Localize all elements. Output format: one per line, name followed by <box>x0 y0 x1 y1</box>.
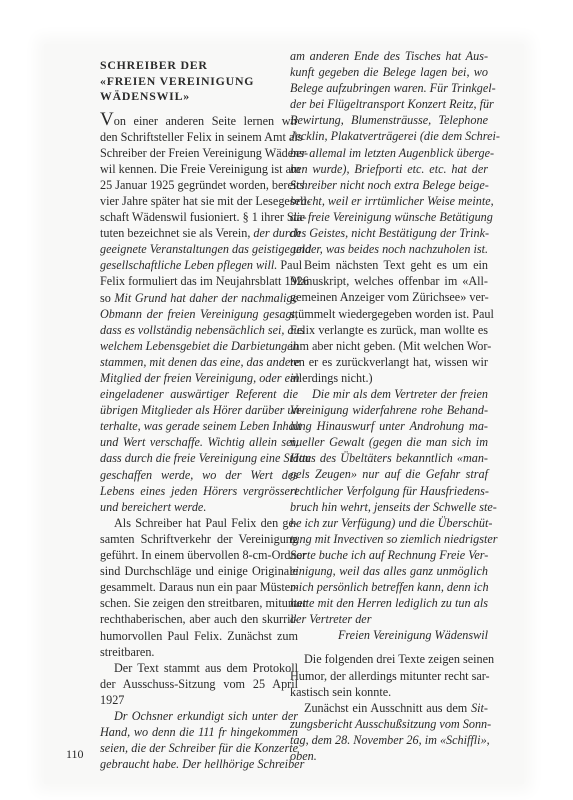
text-line: stammen, mit denen das eine, das andere <box>100 354 298 370</box>
line-text: wil kennen. Die Freie Vereinigung ist am <box>100 162 301 176</box>
text-line: lung Hinauswurf unter Androhung ma- <box>290 418 488 434</box>
text-line: seien, die der Schreiber für die Konzert… <box>100 740 298 756</box>
text-line: bracht, weil er irrtümlicher Weise meint… <box>290 193 488 209</box>
line-text-italic: geschaffen werde, wo der Wert des <box>100 468 298 482</box>
text-line: Lebens eines jeden Hörers vergrössert <box>100 483 298 499</box>
line-text: Humor, der allerdings mitunter recht sar… <box>290 669 490 683</box>
line-text-italic: geeignete Veranstaltungen das geistige u… <box>100 242 311 256</box>
text-line: Humor, der allerdings mitunter recht sar… <box>290 668 488 684</box>
text-line: schen. Sie zeigen den streitbaren, mitun… <box>100 595 298 611</box>
line-text-italic: Dr Ochsner erkundigt sich unter der <box>114 709 298 723</box>
line-text-italic: Obmann der freien Vereinigung gesagt, <box>100 307 298 321</box>
text-line: am anderen Ende des Tisches hat Aus- <box>290 48 488 64</box>
text-line: zungsbericht Ausschußsitzung vom Sonn- <box>290 716 488 732</box>
text-line: und bereichert werde. <box>100 499 298 515</box>
line-text-italic: Mitglied der freien Vereinigung, oder ei… <box>100 371 299 385</box>
text-line: bruch hin wehrt, jenseits der Schwelle s… <box>290 499 488 515</box>
line-text-italic: einigung, weil das alles ganz unmöglich <box>290 564 488 578</box>
text-line: eingeladener auswärtiger Referent die <box>100 386 298 402</box>
text-line: welchem Lebensgebiet die Darbietungen <box>100 338 298 354</box>
line-text-italic: hatte mit den Herren lediglich zu tun al… <box>290 596 488 610</box>
text-line: Mitglied der freien Vereinigung, oder ei… <box>100 370 298 386</box>
text-line: Haus des Übeltäters bekanntlich «man- <box>290 450 488 466</box>
line-text-italic: tag, dem 28. November 26, im «Schiffli», <box>290 733 490 747</box>
heading-line: WÄDENSWIL» <box>100 89 298 105</box>
left-column-body: Von einer anderen Seite lernen wirden Sc… <box>100 113 298 773</box>
line-text-italic: Haus des Übeltäters bekanntlich «man- <box>290 451 488 465</box>
line-text: Felix verlangte es zurück, man wollte es <box>290 323 488 337</box>
text-line: der Ausschuss-Sitzung vom 25 April <box>100 676 298 692</box>
line-text-italic: Lebens eines jeden Hörers vergrössert <box>100 484 298 498</box>
text-line: den Schriftsteller Felix in seinem Amt a… <box>100 129 298 145</box>
text-line: Die folgenden drei Texte zeigen seinen <box>290 651 488 667</box>
line-text: streitbaren. <box>100 645 154 659</box>
line-text: Felix formuliert das im Neujahrsblatt 19… <box>100 274 309 288</box>
line-text: allerdings nicht.) <box>290 371 373 385</box>
text-line: mich persönlich betreffen kann, denn ich <box>290 579 488 595</box>
heading-line: SCHREIBER DER <box>100 58 298 74</box>
line-text-italic: die freie Vereinigung wünsche Betätigung <box>290 210 493 224</box>
text-line: gemeinen Anzeiger vom Zürichsee» ver- <box>290 289 488 305</box>
text-line: streitbaren. <box>100 644 298 660</box>
text-line: des Geistes, nicht Bestätigung der Trink… <box>290 225 488 241</box>
line-text: humorvollen Paul Felix. Zunächst zum <box>100 629 298 643</box>
line-text: der Ausschuss-Sitzung vom 25 April <box>100 677 298 691</box>
right-column-body: am anderen Ende des Tisches hat Aus-kunf… <box>290 48 488 764</box>
line-text-italic: dass es vollständig nebensächlich sei, a… <box>100 323 304 337</box>
text-line: sind Durchschläge und einige Originale <box>100 563 298 579</box>
heading-line: «FREIEN VEREINIGUNG <box>100 74 298 90</box>
section-heading: SCHREIBER DER «FREIEN VEREINIGUNG WÄDENS… <box>100 58 298 105</box>
text-line: geführt. In einem übervollen 8-cm-Ordner <box>100 547 298 563</box>
text-line: tuten bezeichnet sie als Verein, der dur… <box>100 225 298 241</box>
text-line: gebraucht habe. Der hellhörige Schreiber <box>100 756 298 772</box>
line-text: ten er es zurückverlangt hat, wissen wir <box>290 355 488 369</box>
text-line: dass es vollständig nebensächlich sei, a… <box>100 322 298 338</box>
line-text-italic: der Vertreter der <box>290 612 371 626</box>
line-text-italic: gelder, was beides noch nachzuholen ist. <box>290 242 488 256</box>
text-line: Beim nächsten Text geht es um ein <box>290 257 488 273</box>
text-line: Manuskript, welches offenbar im «All- <box>290 273 488 289</box>
text-line: die freie Vereinigung wünsche Betätigung <box>290 209 488 225</box>
line-text: schen. Sie zeigen den streitbaren, mitun… <box>100 596 307 610</box>
text-line: Felix verlangte es zurück, man wollte es <box>290 322 488 338</box>
line-text-italic: kunft gegeben die Belege lagen bei, wo <box>290 65 488 79</box>
text-line: Als Schreiber hat Paul Felix den ge- <box>100 515 298 531</box>
left-column: SCHREIBER DER «FREIEN VEREINIGUNG WÄDENS… <box>100 58 298 772</box>
text-line: gels Zeugen» nur auf die Gefahr straf <box>290 466 488 482</box>
text-line: rechtlicher Verfolgung für Hausfriedens- <box>290 483 488 499</box>
line-text-italic: übrigen Mitglieder als Hörer darüber un- <box>100 403 304 417</box>
line-text: Als Schreiber hat Paul Felix den ge- <box>114 516 298 530</box>
text-line: und Wert verschaffe. Wichtig allein sei, <box>100 434 298 450</box>
text-line: übrigen Mitglieder als Hörer darüber un- <box>100 402 298 418</box>
line-text: Die folgenden drei Texte zeigen seinen <box>304 652 494 666</box>
text-line: rechthaberischen, aber auch den skurril- <box>100 611 298 627</box>
text-line: 1927 <box>100 692 298 708</box>
line-text-italic: Freien Vereinigung Wädenswil <box>338 628 488 642</box>
line-text-italic: bruch hin wehrt, jenseits der Schwelle s… <box>290 500 497 514</box>
text-line: stümmelt wiedergegeben worden ist. Paul <box>290 306 488 322</box>
line-text-italic: Belege aufzubringen waren. Für Trinkgel- <box>290 81 496 95</box>
line-text-italic: Sit- <box>471 701 488 715</box>
line-text-italic: he ich zur Verfügung) und die Überschüt- <box>290 516 492 530</box>
text-line: he ich zur Verfügung) und die Überschüt- <box>290 515 488 531</box>
paragraph-gap <box>290 643 488 651</box>
line-text: on einer anderen Seite lernen wir <box>114 114 298 128</box>
line-text-italic: rechtlicher Verfolgung für Hausfriedens- <box>290 484 489 498</box>
text-line: Bewirtung, Blumensträusse, Telephone <box>290 112 488 128</box>
line-text-italic: und bereichert werde. <box>100 500 206 514</box>
line-text: gesammelt. Daraus nun ein paar Müster- <box>100 580 298 594</box>
text-line: oben. <box>290 748 488 764</box>
line-text: 1927 <box>100 693 124 707</box>
text-line: der bei Flügeltransport Konzert Reitz, f… <box>290 96 488 112</box>
text-line: ber allemal im letzten Augenblick überge… <box>290 145 488 161</box>
line-text-italic: Die mir als dem Vertreter der freien <box>312 387 488 401</box>
text-line: 25 Januar 1925 gegründet worden, bereits <box>100 177 298 193</box>
text-line: nueller Gewalt (gegen die man sich im <box>290 434 488 450</box>
line-text-italic: Vereinigung widerfahrene rohe Behand- <box>290 403 488 417</box>
text-line: ben wurde), Briefporti etc. etc. hat der <box>290 161 488 177</box>
line-text-italic: mich persönlich betreffen kann, denn ich <box>290 580 489 594</box>
line-text: so <box>100 291 114 305</box>
text-line: geeignete Veranstaltungen das geistige u… <box>100 241 298 257</box>
text-line: Schreiber der Freien Vereinigung Wädens- <box>100 145 298 161</box>
line-text-italic: gels Zeugen» nur auf die Gefahr straf <box>290 467 488 481</box>
line-text-italic: zungsbericht Ausschußsitzung vom Sonn- <box>290 717 491 731</box>
line-text: den Schriftsteller Felix in seinem Amt a… <box>100 130 302 144</box>
line-text-italic: nueller Gewalt (gegen die man sich im <box>290 435 488 449</box>
line-text-italic: Jecklin, Plakatverträgerei (die dem Schr… <box>290 129 500 143</box>
line-text-italic: tung mit Invectiven so ziemlich niedrigs… <box>290 532 497 546</box>
text-line: Jecklin, Plakatverträgerei (die dem Schr… <box>290 128 488 144</box>
line-text-italic: lung Hinauswurf unter Androhung ma- <box>290 419 488 433</box>
line-text-italic: der bei Flügeltransport Konzert Reitz, f… <box>290 97 494 111</box>
line-text: ihm aber nicht geben. (Mit welchen Wor- <box>290 339 491 353</box>
line-text: Schreiber der Freien Vereinigung Wädens- <box>100 146 308 160</box>
line-text-italic: ben wurde), Briefporti etc. etc. hat der <box>290 162 488 176</box>
line-text: stümmelt wiedergegeben worden ist. Paul <box>290 307 494 321</box>
text-line: Hand, wo denn die 111 fr hingekommen <box>100 724 298 740</box>
text-line: schaft Wädenswil fusioniert. § 1 ihrer S… <box>100 209 298 225</box>
text-line: geschaffen werde, wo der Wert des <box>100 467 298 483</box>
text-line: ihm aber nicht geben. (Mit welchen Wor- <box>290 338 488 354</box>
line-text: sind Durchschläge und einige Originale <box>100 564 298 578</box>
text-line: einigung, weil das alles ganz unmöglich <box>290 563 488 579</box>
line-text-italic: am anderen Ende des Tisches hat Aus- <box>290 49 488 63</box>
text-line: Der Text stammt aus dem Protokoll <box>100 660 298 676</box>
line-text: Manuskript, welches offenbar im «All- <box>290 274 488 288</box>
text-line: Belege aufzubringen waren. Für Trinkgel- <box>290 80 488 96</box>
line-text: kastisch sein konnte. <box>290 685 391 699</box>
line-text-italic: ber allemal im letzten Augenblick überge… <box>290 146 494 160</box>
text-line: Von einer anderen Seite lernen wir <box>100 113 298 129</box>
right-column: am anderen Ende des Tisches hat Aus-kunf… <box>290 48 488 764</box>
text-line: Zunächst ein Ausschnitt aus dem Sit- <box>290 700 488 716</box>
text-line: samten Schriftverkehr der Vereinigung <box>100 531 298 547</box>
text-line: terhalte, was gerade seinem Leben Inhalt <box>100 418 298 434</box>
text-line: tag, dem 28. November 26, im «Schiffli», <box>290 732 488 748</box>
line-text-italic: Sorte buche ich auf Rechnung Freie Ver- <box>290 548 488 562</box>
line-text: samten Schriftverkehr der Vereinigung <box>100 532 298 546</box>
line-text-italic: und Wert verschaffe. Wichtig allein sei, <box>100 435 298 449</box>
text-line: der Vertreter der <box>290 611 488 627</box>
text-line: hatte mit den Herren lediglich zu tun al… <box>290 595 488 611</box>
text-line: Die mir als dem Vertreter der freien <box>290 386 488 402</box>
line-text: geführt. In einem übervollen 8-cm-Ordner <box>100 548 306 562</box>
line-text-italic: terhalte, was gerade seinem Leben Inhalt <box>100 419 302 433</box>
line-text-italic: gebraucht habe. Der hellhörige Schreiber <box>100 757 304 771</box>
line-text: Der Text stammt aus dem Protokoll <box>114 661 298 675</box>
text-line: wil kennen. Die Freie Vereinigung ist am <box>100 161 298 177</box>
line-text: rechthaberischen, aber auch den skurril- <box>100 612 298 626</box>
text-line: gelder, was beides noch nachzuholen ist. <box>290 241 488 257</box>
line-text-italic: bracht, weil er irrtümlicher Weise meint… <box>290 194 494 208</box>
line-text: vier Jahre später hat sie mit der Lesege… <box>100 194 311 208</box>
text-line: Dr Ochsner erkundigt sich unter der <box>100 708 298 724</box>
line-text-italic: des Geistes, nicht Bestätigung der Trink… <box>290 226 489 240</box>
line-text-italic: welchem Lebensgebiet die Darbietungen <box>100 339 299 353</box>
line-text-italic: dass durch die freie Vereinigung eine St… <box>100 451 311 465</box>
line-text-italic: gesellschaftliche Leben pflegen will. <box>100 258 277 272</box>
line-text-italic: Schreiber nicht noch extra Belege beige- <box>290 178 489 192</box>
line-text-italic: oben. <box>290 749 317 763</box>
text-line: so Mit Grund hat daher der nachmalige <box>100 290 298 306</box>
line-text-italic: Mit Grund hat daher der nachmalige <box>114 291 298 305</box>
text-line: Obmann der freien Vereinigung gesagt, <box>100 306 298 322</box>
text-line: humorvollen Paul Felix. Zunächst zum <box>100 628 298 644</box>
text-line: Schreiber nicht noch extra Belege beige- <box>290 177 488 193</box>
drop-cap: V <box>100 109 114 130</box>
line-text: Beim nächsten Text geht es um ein <box>304 258 488 272</box>
text-line: tung mit Invectiven so ziemlich niedrigs… <box>290 531 488 547</box>
line-text: gemeinen Anzeiger vom Zürichsee» ver- <box>290 290 489 304</box>
line-text: schaft Wädenswil fusioniert. § 1 ihrer S… <box>100 210 307 224</box>
line-text: tuten bezeichnet sie als Verein, <box>100 226 253 240</box>
text-line: Sorte buche ich auf Rechnung Freie Ver- <box>290 547 488 563</box>
text-line: dass durch die freie Vereinigung eine St… <box>100 450 298 466</box>
text-line: kastisch sein konnte. <box>290 684 488 700</box>
text-line: gesellschaftliche Leben pflegen will. Pa… <box>100 257 298 273</box>
page-number: 110 <box>66 747 84 762</box>
text-line: vier Jahre später hat sie mit der Lesege… <box>100 193 298 209</box>
text-line: ten er es zurückverlangt hat, wissen wir <box>290 354 488 370</box>
text-line: kunft gegeben die Belege lagen bei, wo <box>290 64 488 80</box>
text-line: Freien Vereinigung Wädenswil <box>290 627 488 643</box>
text-line: Felix formuliert das im Neujahrsblatt 19… <box>100 273 298 289</box>
line-text-italic: seien, die der Schreiber für die Konzert… <box>100 741 298 755</box>
line-text-italic: eingeladener auswärtiger Referent die <box>100 387 298 401</box>
line-text-italic: Hand, wo denn die 111 fr hingekommen <box>100 725 298 739</box>
text-line: allerdings nicht.) <box>290 370 488 386</box>
line-text-italic: Bewirtung, Blumensträusse, Telephone <box>290 113 488 127</box>
text-line: Vereinigung widerfahrene rohe Behand- <box>290 402 488 418</box>
line-text: 25 Januar 1925 gegründet worden, bereits <box>100 178 304 192</box>
text-line: gesammelt. Daraus nun ein paar Müster- <box>100 579 298 595</box>
line-text-italic: stammen, mit denen das eine, das andere <box>100 355 300 369</box>
line-text: Zunächst ein Ausschnitt aus dem <box>304 701 471 715</box>
